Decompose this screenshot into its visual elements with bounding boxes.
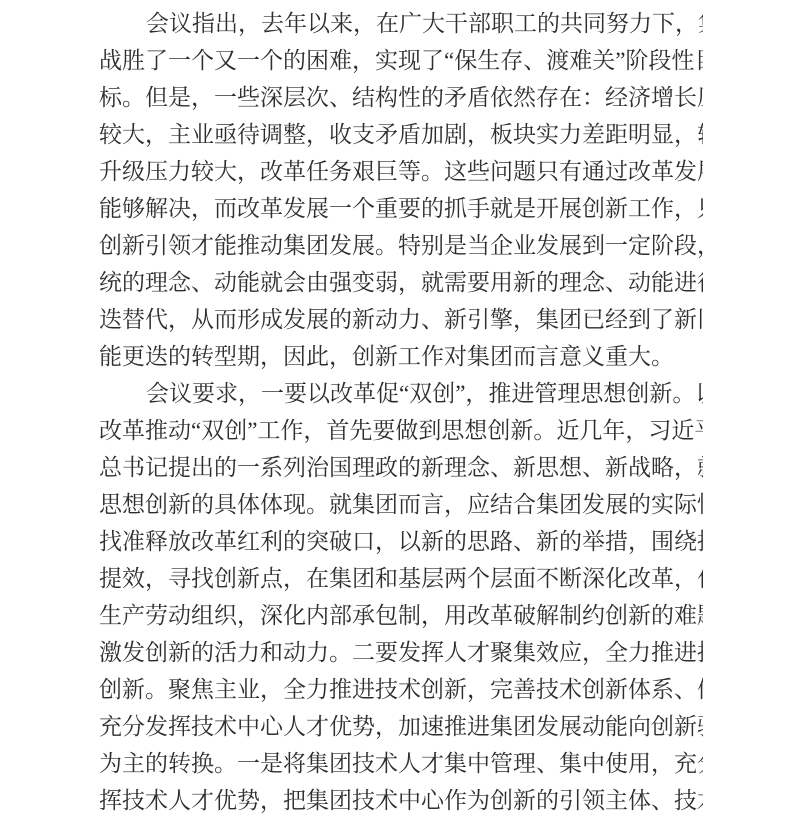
text-line: 能够解决，而改革发展一个重要的抓手就是开展创新工作，只有 xyxy=(99,190,703,227)
text-line: 生产劳动组织，深化内部承包制，用改革破解制约创新的难题， xyxy=(99,597,703,634)
text-line: 激发创新的活力和动力。二要发挥人才聚集效应，全力推进技术 xyxy=(99,634,703,671)
text-line: 思想创新的具体体现。就集团而言，应结合集团发展的实际情况， xyxy=(99,486,703,523)
text-line: 升级压力较大，改革任务艰巨等。这些问题只有通过改革发展才 xyxy=(99,153,703,190)
text-line: 创新引领才能推动集团发展。特别是当企业发展到一定阶段，传 xyxy=(99,227,703,264)
text-line: 充分发挥技术中心人才优势，加速推进集团发展动能向创新驱动 xyxy=(99,708,703,745)
text-line: 能更迭的转型期，因此，创新工作对集团而言意义重大。 xyxy=(99,338,703,375)
text-line: 创新。聚焦主业，全力推进技术创新，完善技术创新体系、体制， xyxy=(99,671,703,708)
text-line: 较大，主业亟待调整，收支矛盾加剧，板块实力差距明显，转型 xyxy=(99,116,703,153)
text-line: 总书记提出的一系列治国理政的新理念、新思想、新战略，就是 xyxy=(99,449,703,486)
text-line: 挥技术人才优势，把集团技术中心作为创新的引领主体、技术创 xyxy=(99,782,703,819)
document-page: 会议指出，去年以来，在广大干部职工的共同努力下，集团 战胜了一个又一个的困难，实… xyxy=(0,0,800,823)
text-line: 会议要求，一要以改革促“双创”，推进管理思想创新。以 xyxy=(99,375,703,412)
text-line: 会议指出，去年以来，在广大干部职工的共同努力下，集团 xyxy=(99,5,703,42)
text-line: 战胜了一个又一个的困难，实现了“保生存、渡难关”阶段性目 xyxy=(99,42,703,79)
document-body: 会议指出，去年以来，在广大干部职工的共同努力下，集团 战胜了一个又一个的困难，实… xyxy=(99,5,703,819)
text-line: 标。但是，一些深层次、结构性的矛盾依然存在：经济增长压力 xyxy=(99,79,703,116)
text-line: 为主的转换。一是将集团技术人才集中管理、集中使用，充分发 xyxy=(99,745,703,782)
text-line: 改革推动“双创”工作，首先要做到思想创新。近几年，习近平 xyxy=(99,412,703,449)
text-line: 找准释放改革红利的突破口，以新的思路、新的举措，围绕提质 xyxy=(99,523,703,560)
text-line: 统的理念、动能就会由强变弱，就需要用新的理念、动能进行更 xyxy=(99,264,703,301)
text-line: 提效，寻找创新点，在集团和基层两个层面不断深化改革，优化 xyxy=(99,560,703,597)
text-line: 迭替代，从而形成发展的新动力、新引擎，集团已经到了新旧动 xyxy=(99,301,703,338)
paragraph-1: 会议指出，去年以来，在广大干部职工的共同努力下，集团 战胜了一个又一个的困难，实… xyxy=(99,5,703,375)
paragraph-2: 会议要求，一要以改革促“双创”，推进管理思想创新。以 改革推动“双创”工作，首先… xyxy=(99,375,703,819)
